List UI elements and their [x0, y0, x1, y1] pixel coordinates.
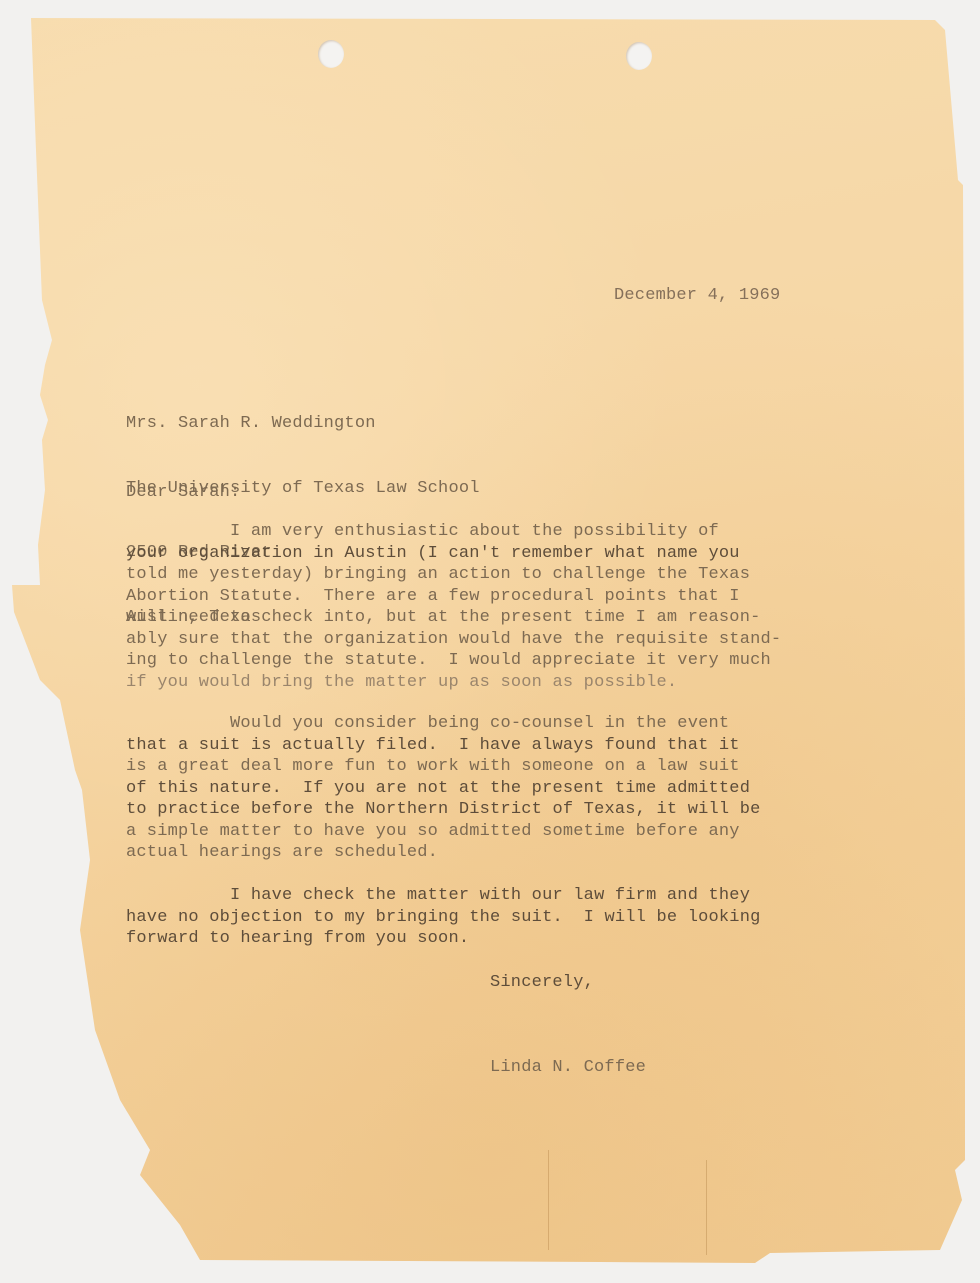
body-paragraph-3: I have check the matter with our law fir… — [126, 885, 761, 950]
paragraph-line: ing to challenge the statute. I would ap… — [126, 650, 781, 672]
document-photo: December 4, 1969 Mrs. Sarah R. Weddingto… — [0, 0, 980, 1283]
recipient-name: Mrs. Sarah R. Weddington — [126, 413, 480, 435]
body-paragraph-2: Would you consider being co-counsel in t… — [126, 713, 761, 864]
paragraph-line: is a great deal more fun to work with so… — [126, 756, 761, 778]
paragraph-line: Would you consider being co-counsel in t… — [126, 713, 761, 735]
paragraph-line: Abortion Statute. There are a few proced… — [126, 586, 781, 608]
paragraph-line: to practice before the Northern District… — [126, 799, 761, 821]
paragraph-line: I have check the matter with our law fir… — [126, 885, 761, 907]
paragraph-line: told me yesterday) bringing an action to… — [126, 564, 781, 586]
paragraph-line: I am very enthusiastic about the possibi… — [126, 521, 781, 543]
letter-date: December 4, 1969 — [614, 285, 780, 307]
signature-name: Linda N. Coffee — [490, 1057, 646, 1079]
paragraph-line: a simple matter to have you so admitted … — [126, 821, 761, 843]
typewritten-letter: December 4, 1969 Mrs. Sarah R. Weddingto… — [0, 0, 980, 1283]
paragraph-line: if you would bring the matter up as soon… — [126, 672, 781, 694]
paragraph-line: will need to check into, but at the pres… — [126, 607, 781, 629]
body-paragraph-1: I am very enthusiastic about the possibi… — [126, 521, 781, 693]
closing: Sincerely, — [490, 972, 594, 994]
salutation: Dear Sarah: — [126, 482, 240, 504]
paragraph-line: that a suit is actually filed. I have al… — [126, 735, 761, 757]
paragraph-line: forward to hearing from you soon. — [126, 928, 761, 950]
paragraph-line: your organization in Austin (I can't rem… — [126, 543, 781, 565]
paragraph-line: have no objection to my bringing the sui… — [126, 907, 761, 929]
paragraph-line: actual hearings are scheduled. — [126, 842, 761, 864]
paragraph-line: ably sure that the organization would ha… — [126, 629, 781, 651]
paragraph-line: of this nature. If you are not at the pr… — [126, 778, 761, 800]
